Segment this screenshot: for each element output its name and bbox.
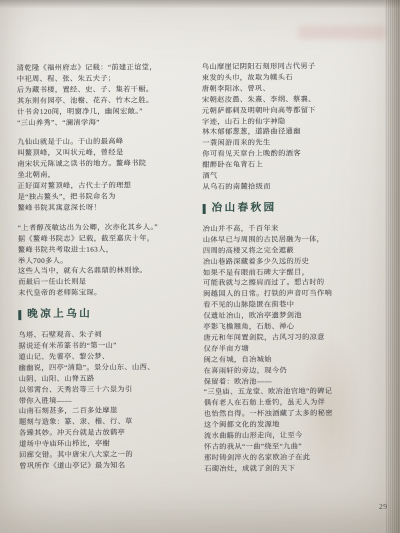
paragraph: 九仙山就是于山。于山的最高峰叫鳌顶峰，又叫状元峰，曾经是南宋状元陈诚之读书的地方… [17, 136, 195, 213]
book-page-photo: 清乾隆《福州府志》记载：“前建正谊堂，中祀周、程、张、朱五夫子；后为藏书楼，置经… [0, 0, 400, 533]
paragraph: “上者醇茂敏达出为公卿，次亦化其乡人。”据《鳌峰书院志》记载，截至嘉庆十年，鳌峰… [18, 222, 196, 299]
text-line: 鳌峰书院其寓意深长呀！ [18, 202, 196, 214]
left-column: 清乾隆《福州府志》记载：“前建正谊堂，中祀周、程、张、朱五夫子；后为藏书楼，置经… [17, 62, 198, 481]
right-column: 乌山摩崖记阴阳石刻形同古代男子束发的头巾，故取为幞头石唐朝李阳冰、曾巩、宋朝赵汝… [202, 61, 391, 484]
book-fore-edge [385, 0, 400, 533]
text-line: 石砌冶灶，成就了剑的天下 [204, 463, 390, 475]
page-content: 清乾隆《福州府志》记载：“前建正谊堂，中祀周、程、张、朱五夫子；后为藏书楼，置经… [0, 0, 400, 533]
paragraph: 冶山并不高，千百年来山体早已与周围的古民居融为一体，四周的高楼又将之完全遮蔽冶山… [203, 223, 391, 475]
section-heading-label: 冶山春秋园 [212, 202, 277, 214]
text-line: “三山养秀”、“澜清学海” [17, 117, 195, 129]
heading-bar-icon [18, 310, 21, 320]
section-heading: 晚凉上乌山 [18, 308, 196, 321]
heading-bar-icon [203, 204, 206, 214]
section-heading: 冶山春秋园 [203, 202, 389, 215]
section-heading-label: 晚凉上乌山 [27, 309, 92, 321]
text-line: 从乌石的南麓拾级而 [202, 181, 388, 193]
paragraph: 清乾隆《福州府志》记载：“前建正谊堂，中祀周、程、张、朱五夫子；后为藏书楼，置经… [17, 62, 195, 129]
paragraph: 乌塔、石壁观音、朱子祠据说还有米芾篆书的“第一山”道山记、先薯亭、黎公梦、幽幽说… [18, 329, 197, 472]
text-line: 末代皇帝的老师陈宝琛。 [18, 287, 196, 299]
paragraph: 乌山摩崖记阴阳石刻形同古代男子束发的头巾，故取为幞头石唐朝李阳冰、曾巩、宋朝赵汝… [202, 61, 389, 193]
text-line: 曾巩所作《道山亭记》最为知名 [19, 460, 197, 472]
